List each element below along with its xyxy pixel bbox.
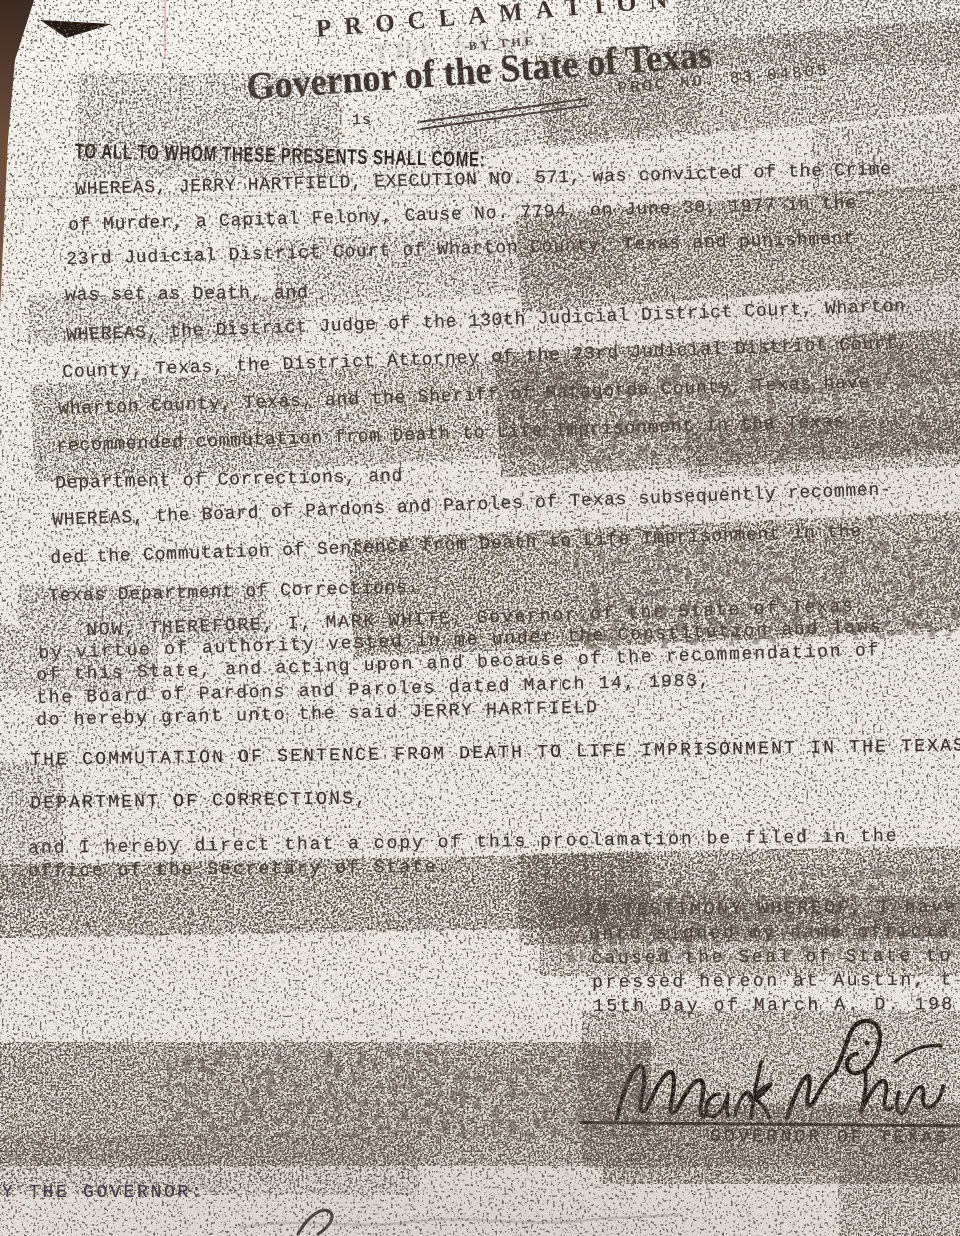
testimony-line: IN TESTIMONY WHEREOF, I have xyxy=(583,898,958,921)
body-line: Texas Department of Corrections. xyxy=(48,578,420,607)
salutation-line: TO ALL TO WHOM THESE PRESENTS SHALL COME… xyxy=(74,140,485,173)
body-line: office of the Secretary of State. xyxy=(28,858,451,882)
governor-title: GOVERNOR OF TEXAS xyxy=(710,1127,950,1149)
testimony-line: pressed hereon at Austin, t xyxy=(592,970,954,993)
body-line: of Murder, a Capital Felony, Cause No. 7… xyxy=(68,194,857,236)
body-line: and I hereby direct that a copy of this … xyxy=(28,827,899,859)
body-line: was set as Death, and xyxy=(65,283,309,306)
title-underline xyxy=(419,97,589,130)
body-line: THE COMMUTATION OF SENTENCE FROM DEATH T… xyxy=(30,736,960,771)
testimony-line: unto signed my name officia xyxy=(589,922,951,945)
governor-signature xyxy=(595,1018,950,1130)
bottom-signature-trace xyxy=(180,1198,700,1236)
body-line: recommended commutation from Death to Li… xyxy=(56,412,845,457)
page-curl-edge xyxy=(0,0,300,62)
file-mark: 1s xyxy=(352,112,372,129)
body-line: ded the Commutation of Sentence from Dea… xyxy=(50,522,862,569)
red-margin-line xyxy=(164,0,166,58)
body-line: DEPARTMENT OF CORRECTIONS, xyxy=(30,789,368,814)
body-line: Department of Corrections, and xyxy=(55,467,403,494)
by-the-governor-line: Y THE GOVERNOR: xyxy=(2,1183,205,1203)
body-line: Wharton County, Texas, and the Sheriff o… xyxy=(58,373,870,420)
testimony-line: caused the Seal of State to xyxy=(591,946,953,969)
document-photo: THE STATE PROCLAMATION BY THE Governor o… xyxy=(0,0,960,1236)
body-line: 23rd Judicial District Court of Wharton … xyxy=(66,229,855,270)
testimony-line: 15th Day of March A. D. 198 xyxy=(593,995,955,1017)
